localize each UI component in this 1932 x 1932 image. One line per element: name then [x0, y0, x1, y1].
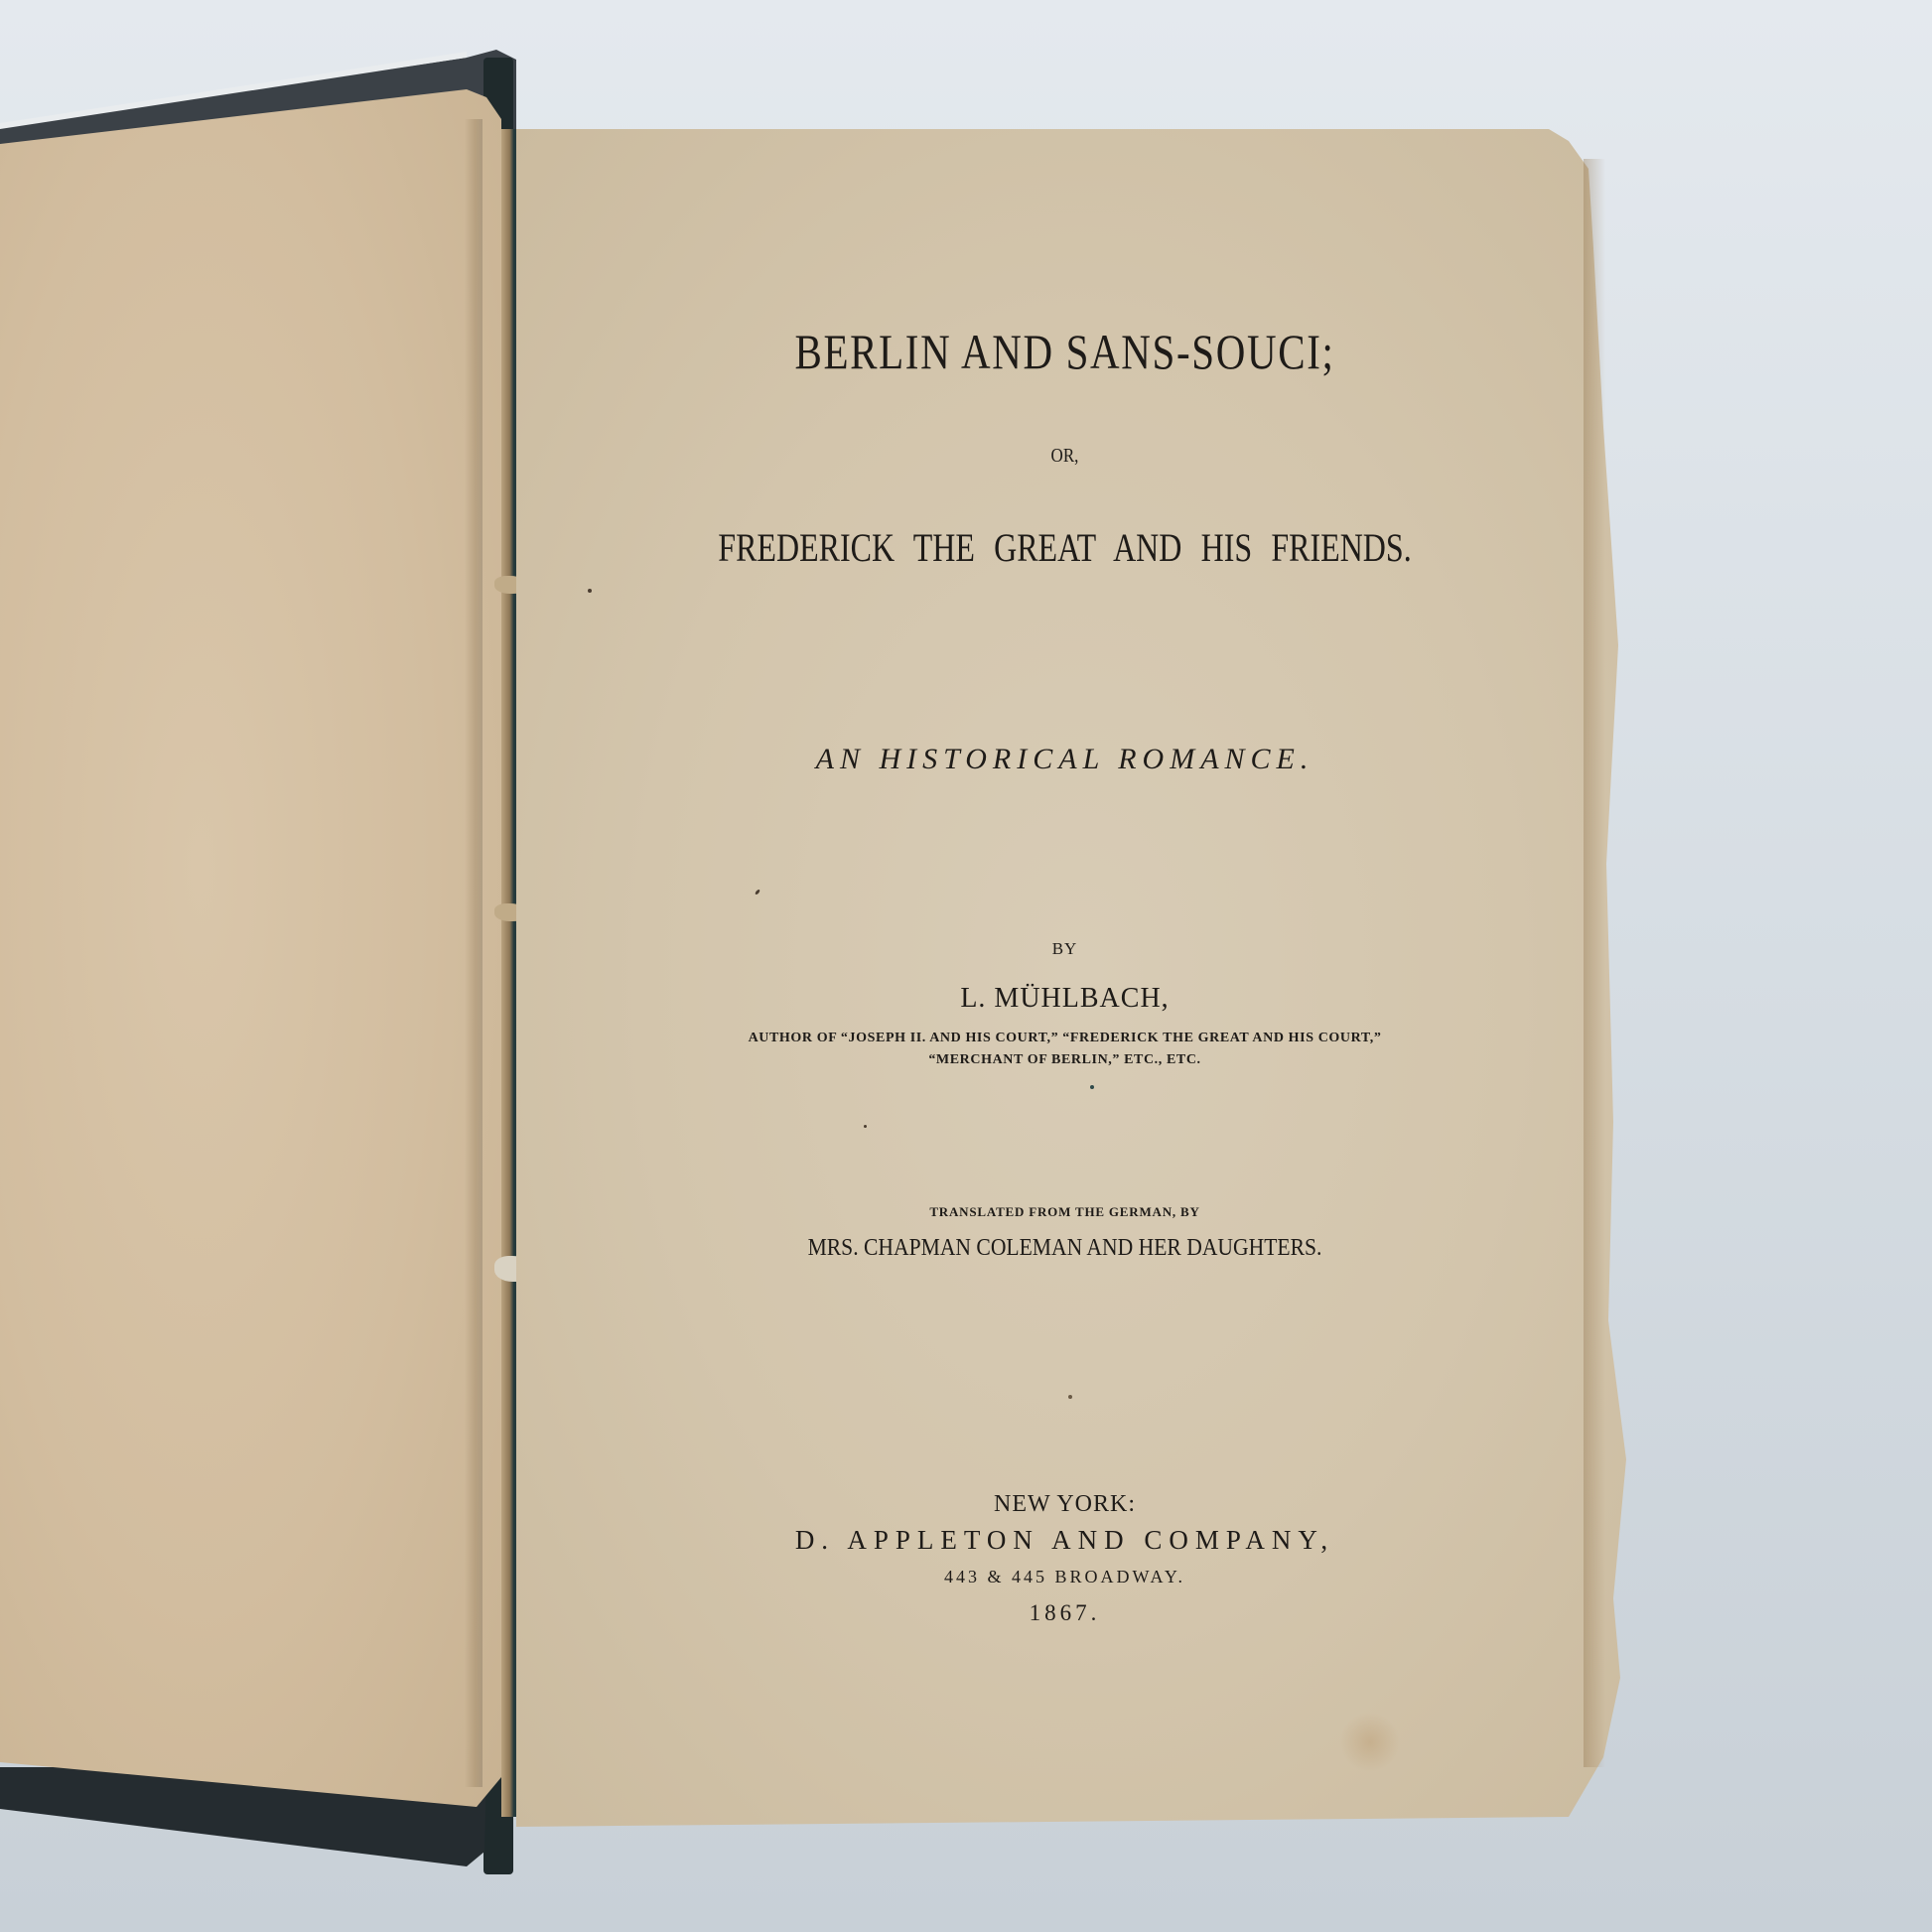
author-works-line-2: “MERCHANT OF BERLIN,” ETC., ETC. [516, 1052, 1613, 1068]
imprint-year: 1867. [516, 1600, 1613, 1626]
foxing-speck [864, 1125, 867, 1128]
imprint-address: 443 & 445 BROADWAY. [516, 1567, 1613, 1587]
genre-line: AN HISTORICAL ROMANCE. [516, 743, 1613, 776]
book-subtitle: FREDERICK THE GREAT AND HIS FRIENDS. [626, 524, 1504, 571]
pastedown-crease [465, 119, 483, 1787]
title-conjunction: OR, [599, 445, 1531, 468]
author-works-line-1: AUTHOR OF “JOSEPH II. AND HIS COURT,” “F… [516, 1031, 1613, 1046]
author-name: L. MÜHLBACH, [516, 983, 1613, 1015]
by-label: BY [516, 939, 1613, 959]
foxing-speck [1090, 1085, 1094, 1089]
translators: MRS. CHAPMAN COLEMAN AND HER DAUGHTERS. [571, 1235, 1559, 1262]
imprint-publisher: D. APPLETON AND COMPANY, [516, 1525, 1613, 1556]
translation-credit-label: TRANSLATED FROM THE GERMAN, BY [516, 1204, 1613, 1220]
book-title: BERLIN AND SANS-SOUCI; [615, 323, 1514, 380]
foxing-speck [588, 589, 592, 593]
imprint-city: NEW YORK: [516, 1491, 1613, 1518]
front-pastedown-page [0, 89, 501, 1817]
foxing-speck [1068, 1395, 1072, 1399]
book-photo: BERLIN AND SANS-SOUCI; OR, FREDERICK THE… [0, 0, 1932, 1932]
